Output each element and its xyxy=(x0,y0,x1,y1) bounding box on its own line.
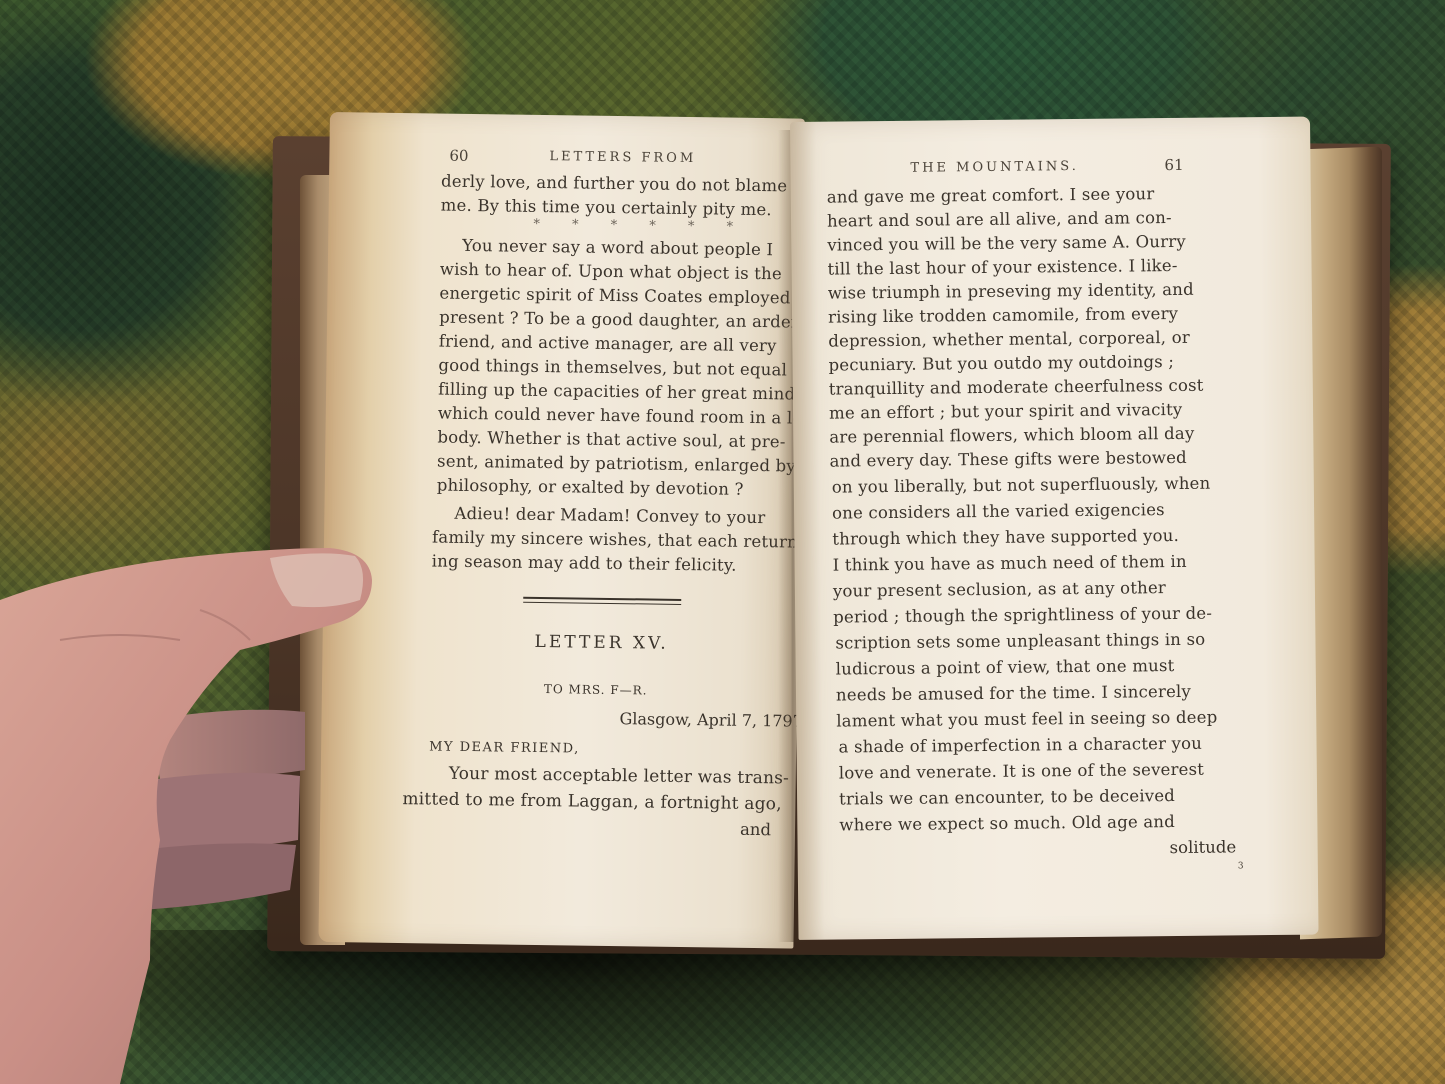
text-line: I think you have as much need of them in xyxy=(833,552,1187,575)
left-page: 60 LETTERS FROM derly love, and further … xyxy=(318,112,805,949)
page-number-left: 60 xyxy=(449,147,468,165)
text-line: filling up the capacities of her great m… xyxy=(438,380,801,404)
right-page: THE MOUNTAINS. 61 and gave me great comf… xyxy=(790,117,1319,940)
letter-heading: LETTER XV. xyxy=(534,632,668,654)
text-line: family my sincere wishes, that each retu… xyxy=(432,527,804,551)
text-line: derly love, and further you do not blame xyxy=(441,172,788,196)
text-line: mitted to me from Laggan, a fortnight ag… xyxy=(402,789,782,814)
text-line: which could never have found room in a l… xyxy=(438,404,820,428)
catchword-right: solitude xyxy=(1170,837,1237,857)
text-line: friend, and active manager, are all very xyxy=(439,332,777,356)
text-line: vinced you will be the very same A. Ourr… xyxy=(827,232,1186,255)
text-line: energetic spirit of Miss Coates employed… xyxy=(439,284,813,308)
text-line: tranquillity and moderate cheerfulness c… xyxy=(829,376,1204,399)
text-line: through which they have supported you. xyxy=(832,526,1179,549)
letter-salutation: MY DEAR FRIEND, xyxy=(429,739,580,756)
text-line: love and venerate. It is one of the seve… xyxy=(839,760,1204,783)
text-line: scription sets some unpleasant things in… xyxy=(835,630,1205,653)
hand-holding-book xyxy=(0,540,390,1084)
text-line: lament what you must feel in seeing so d… xyxy=(836,708,1217,731)
text-line: are perennial flowers, which bloom all d… xyxy=(829,424,1194,447)
running-head-right: THE MOUNTAINS. xyxy=(910,159,1079,176)
text-line: heart and soul are all alive, and am con… xyxy=(827,208,1172,231)
text-line: one considers all the varied exigencies xyxy=(832,500,1165,522)
text-line: wise triumph in preseving my identity, a… xyxy=(828,280,1194,303)
text-line: and gave me great comfort. I see your xyxy=(827,184,1155,206)
text-line: sent, animated by patriotism, enlarged b… xyxy=(437,452,796,476)
text-line: You never say a word about people I xyxy=(462,236,773,259)
text-line: on you liberally, but not superfluously,… xyxy=(832,474,1211,497)
text-line: till the last hour of your existence. I … xyxy=(827,256,1177,279)
text-line: Adieu! dear Madam! Convey to your xyxy=(454,504,765,527)
text-line: rising like trodden camomile, from every xyxy=(828,304,1178,327)
text-line: me an effort ; but your spirit and vivac… xyxy=(829,400,1183,423)
text-line: good things in themselves, but not equal… xyxy=(438,356,809,380)
text-line: ludicrous a point of view, that one must xyxy=(836,656,1175,679)
text-line: Your most acceptable letter was trans- xyxy=(449,764,790,789)
text-line: wish to hear of. Upon what object is the xyxy=(440,260,782,284)
text-line: ing season may add to their felicity. xyxy=(432,551,737,574)
text-line: your present seclusion, as at any other xyxy=(833,578,1166,600)
text-line: depression, whether mental, corporeal, o… xyxy=(828,328,1190,351)
text-line: body. Whether is that active soul, at pr… xyxy=(437,428,785,452)
text-line: philosophy, or exalted by devotion ? xyxy=(437,476,744,499)
chapter-rule xyxy=(523,597,681,605)
text-line: a shade of imperfection in a character y… xyxy=(838,734,1202,757)
letter-addressee: TO MRS. F—R. xyxy=(544,682,648,697)
text-line: needs be amused for the time. I sincerel… xyxy=(836,682,1191,705)
text-line: where we expect so much. Old age and xyxy=(839,812,1175,835)
text-line: and every day. These gifts were bestowed xyxy=(829,448,1187,471)
text-line: pecuniary. But you outdo my outdoings ; xyxy=(828,352,1174,375)
page-number-right: 61 xyxy=(1164,156,1183,174)
signature-mark: 3 xyxy=(1238,861,1244,871)
text-line: me. By this time you certainly pity me. xyxy=(441,196,772,220)
text-line: present ? To be a good daughter, an arde… xyxy=(439,308,809,332)
text-line: trials we can encounter, to be deceived xyxy=(839,786,1175,809)
section-break-ornament: * * * * * * xyxy=(533,217,747,235)
text-line: period ; though the sprightliness of you… xyxy=(833,604,1212,627)
catchword-left: and xyxy=(740,820,771,839)
running-head-left: LETTERS FROM xyxy=(549,149,696,166)
